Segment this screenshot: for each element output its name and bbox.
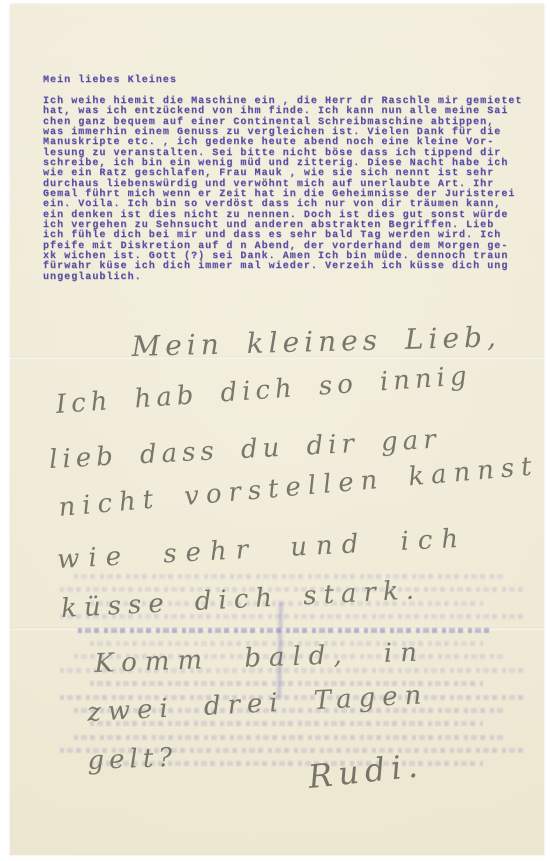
ink-smudge [277, 602, 283, 698]
typed-body: Ich weihe hiemit die Maschine ein , die … [43, 97, 522, 283]
handwritten-line: Komm bald, in [94, 637, 426, 679]
letter-paper: Mein liebes Kleines Ich weihe hiemit die… [10, 4, 544, 855]
fold-crease-lower [10, 627, 544, 630]
bleed-through-text [60, 574, 528, 782]
handwritten-line: wie sehr und ich [56, 524, 467, 575]
fold-crease-upper [10, 356, 544, 359]
salutation: Mein liebes Kleines [43, 76, 522, 86]
handwritten-line: gelt? [87, 743, 178, 776]
signature: Rudi. [306, 746, 425, 796]
handwritten-line: zwei drei Tagen [86, 680, 429, 728]
typed-section: Mein liebes Kleines Ich weihe hiemit die… [43, 76, 522, 283]
handwritten-line: küsse dich stark. [60, 575, 421, 624]
handwritten-line: lieb dass du dir gar [48, 425, 441, 475]
handwritten-line: Ich hab dich so innig [55, 361, 473, 420]
handwritten-line: nicht vorstellen kannst [57, 451, 539, 523]
typed-line: ungeglaublich. [43, 273, 522, 283]
scan-background: { "letter": { "salutation": "Mein liebes… [0, 0, 550, 861]
handwritten-line: Mein kleines Lieb, [131, 320, 501, 363]
